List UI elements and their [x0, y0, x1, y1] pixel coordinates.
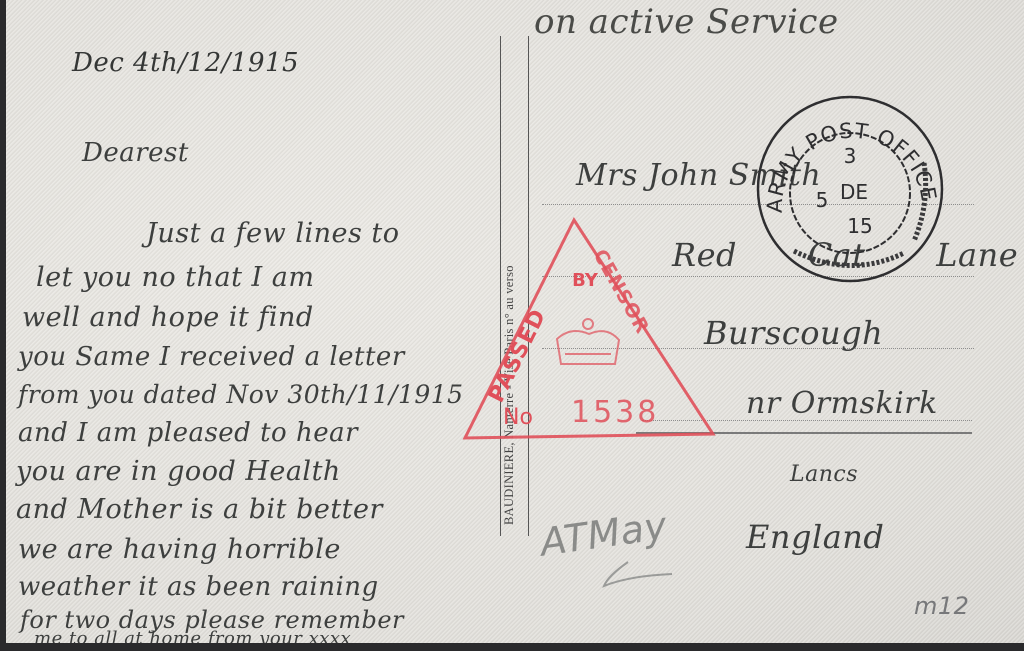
letter-line: from you dated Nov 30th/11/1915 — [18, 380, 464, 409]
on-active-service-note: on active Service — [534, 2, 839, 42]
censor-number-prefix: No — [503, 405, 533, 430]
address-line-town: Burscough — [704, 314, 883, 352]
postcard: on active Service Dec 4th/12/1915 Deares… — [6, 0, 1024, 643]
letter-line: you Same I received a letter — [18, 342, 405, 372]
letter-line: well and hope it find — [22, 302, 314, 333]
letter-line: me to all at home from your xxxx — [34, 628, 351, 643]
pencil-catalog-ref: m12 — [914, 592, 969, 620]
censor-censor-text: CENSOR — [589, 246, 654, 338]
letter-line: Just a few lines to — [146, 218, 400, 249]
censor-by-text: BY — [572, 270, 599, 291]
postmark-year: 15 — [847, 214, 872, 238]
address-line-county: Lancs — [790, 462, 858, 487]
postmark-day: 5 — [816, 188, 829, 212]
letter-date: Dec 4th/12/1915 — [72, 48, 299, 78]
letter-line: let you no that I am — [36, 262, 314, 293]
censor-number: 1538 — [571, 395, 659, 430]
passed-by-censor-stamp: BY PASSED CENSOR No 1538 — [461, 214, 721, 444]
letter-line: weather it as been raining — [18, 572, 379, 602]
letter-line: and I am pleased to hear — [18, 418, 358, 448]
pencil-flourish — [598, 556, 678, 596]
censor-passed-text: PASSED — [484, 305, 552, 407]
address-line-near: nr Ormskirk — [746, 386, 938, 421]
svg-text:PASSED: PASSED — [484, 305, 552, 407]
crown-icon — [557, 319, 619, 364]
postmark-number: 3 — [844, 144, 857, 168]
letter-line: you are in good Health — [16, 456, 341, 487]
army-post-office-postmark: ARMY POST OFFICE 3 5 DE 15 — [754, 93, 946, 285]
letter-salutation: Dearest — [82, 138, 189, 168]
postmark-month: DE — [840, 180, 868, 204]
letter-line: we are having horrible — [18, 534, 341, 565]
letter-line: and Mother is a bit better — [16, 494, 383, 525]
address-line-country: England — [746, 518, 884, 556]
svg-text:CENSOR: CENSOR — [589, 246, 654, 338]
